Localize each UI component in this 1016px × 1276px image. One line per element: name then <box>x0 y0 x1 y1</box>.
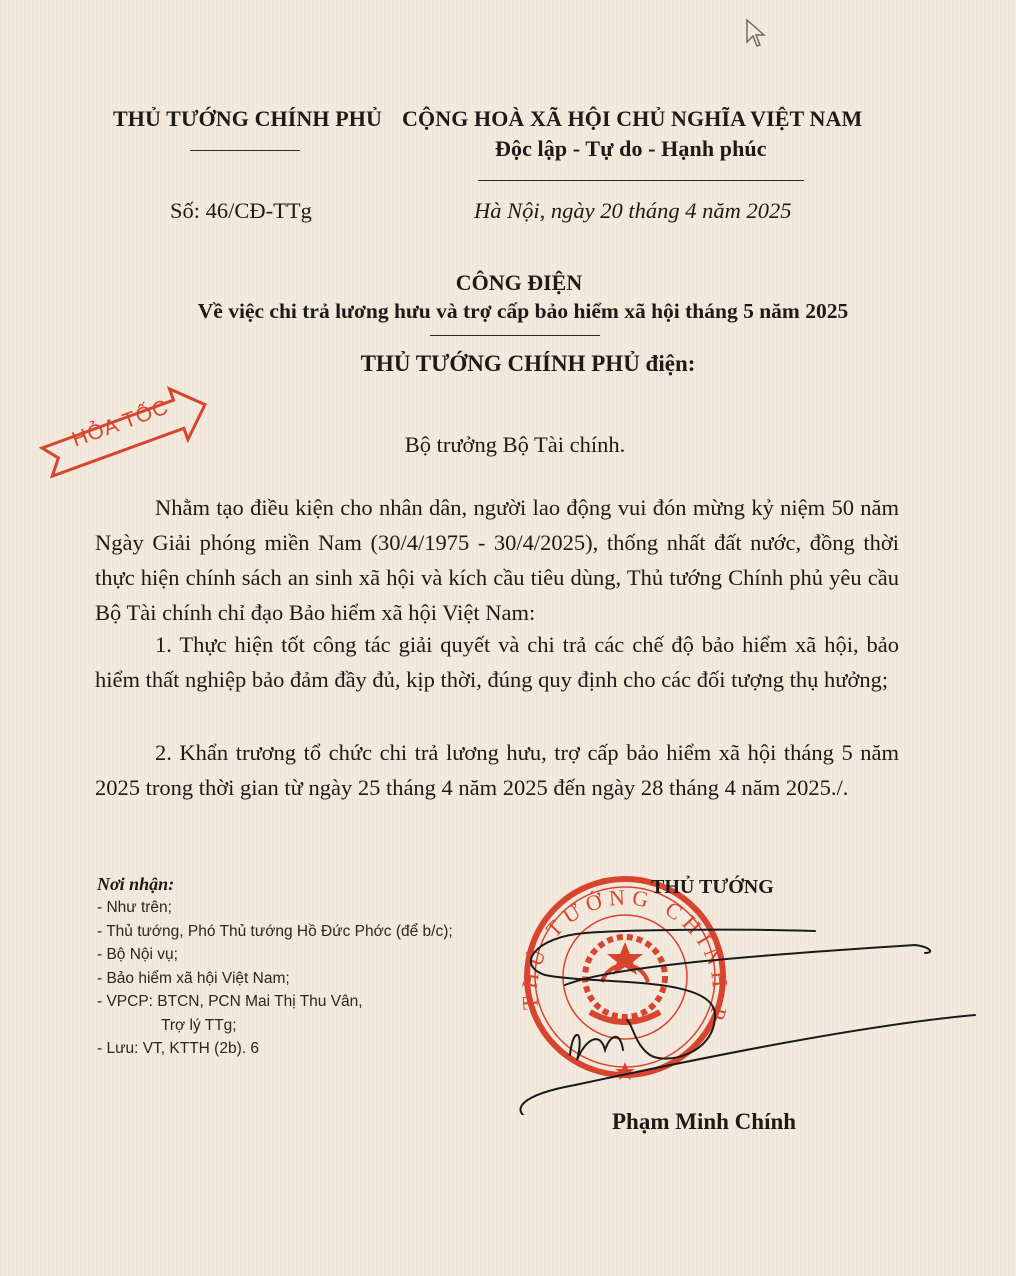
signer-title: THỦ TƯỚNG <box>651 876 774 899</box>
sender-line: THỦ TƯỚNG CHÍNH PHỦ điện: <box>0 351 1016 377</box>
document-type: CÔNG ĐIỆN <box>0 270 1016 296</box>
recipient-line: - Lưu: VT, KTTH (2b). 6 <box>97 1037 453 1061</box>
recipient-line: - Thủ tướng, Phó Thủ tướng Hồ Đức Phớc (… <box>97 920 453 944</box>
body-intro: Nhằm tạo điều kiện cho nhân dân, người l… <box>95 490 899 630</box>
motto-underline <box>478 180 804 181</box>
handwritten-signature-icon <box>515 925 995 1115</box>
document-subject: Về việc chi trả lương hưu và trợ cấp bảo… <box>0 299 1016 324</box>
nation-name: CỘNG HOÀ XÃ HỘI CHỦ NGHĨA VIỆT NAM <box>402 106 862 132</box>
recipients-heading: Nơi nhận: <box>97 874 174 895</box>
recipient-line: Trợ lý TTg; <box>97 1014 453 1038</box>
agency-underline <box>190 150 300 151</box>
recipients-list: - Như trên; - Thủ tướng, Phó Thủ tướng H… <box>97 896 453 1061</box>
national-motto: Độc lập - Tự do - Hạnh phúc <box>495 136 767 162</box>
signer-name: Phạm Minh Chính <box>612 1109 796 1135</box>
body-item-2: 2. Khẩn trương tổ chức chi trả lương hưu… <box>95 735 899 805</box>
recipient-line: - Như trên; <box>97 896 453 920</box>
document-number: Số: 46/CĐ-TTg <box>170 198 312 224</box>
body-item-1: 1. Thực hiện tốt công tác giải quyết và … <box>95 627 899 697</box>
place-date: Hà Nội, ngày 20 tháng 4 năm 2025 <box>474 198 792 224</box>
issuing-agency: THỦ TƯỚNG CHÍNH PHỦ <box>113 106 382 132</box>
recipient-line: - VPCP: BTCN, PCN Mai Thị Thu Vân, <box>97 990 453 1014</box>
recipient-line: - Bộ Nội vụ; <box>97 943 453 967</box>
mouse-cursor-icon <box>745 18 769 50</box>
recipient-line: - Bảo hiểm xã hội Việt Nam; <box>97 967 453 991</box>
addressee: Bộ trưởng Bộ Tài chính. <box>0 432 1016 458</box>
subject-underline <box>430 335 600 336</box>
